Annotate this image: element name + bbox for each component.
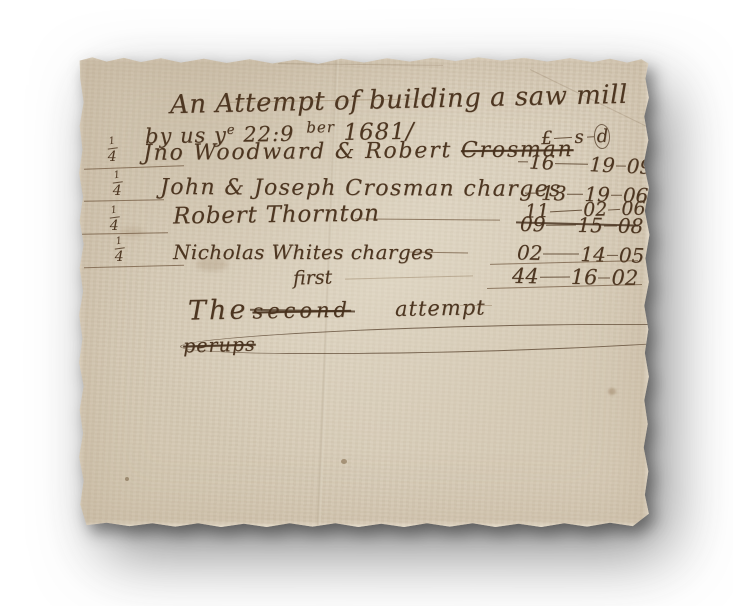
title-line: An Attempt of building a saw mill [170, 80, 628, 120]
entry-name: Nicholas Whites charges [173, 240, 434, 264]
faint-line [345, 275, 473, 279]
inserted-word: first [293, 266, 333, 289]
amount-pounds: 16 [529, 150, 555, 175]
header-dash [587, 136, 594, 137]
amount-dash [543, 253, 579, 254]
struck-amount-pounds: 09 [520, 212, 546, 236]
struck-word-below: perups [183, 321, 733, 358]
row-rule [84, 265, 184, 269]
row-rule [84, 165, 184, 169]
entry-name: Jno Woodward & Robert Crosman [143, 137, 574, 166]
share-fraction: 14 [109, 206, 119, 233]
amount-dash [607, 254, 618, 255]
shillings-symbol: s [574, 127, 584, 148]
amount-pounds: 02 [517, 240, 543, 265]
amount-dash [550, 209, 582, 212]
photo-background: An Attempt of building a saw mill by us … [0, 0, 733, 606]
amount-dash [567, 193, 583, 194]
struck-word: second [252, 298, 351, 324]
share-fraction: 14 [107, 137, 117, 164]
row-rule [84, 199, 164, 201]
total-pounds: 44 [512, 264, 539, 288]
amount-dash [598, 277, 610, 278]
share-fraction: 14 [114, 237, 124, 264]
entry-amounts: 16 19 09 [518, 149, 653, 179]
amount-pence: 09 [626, 154, 652, 179]
amount-dash [611, 194, 622, 195]
dateline-sup-ber: ber [306, 118, 335, 136]
amount-pence: 05 [619, 243, 645, 268]
amount-dash [525, 192, 539, 193]
amount-dash [540, 276, 570, 277]
amount-dash [608, 208, 620, 210]
entry-name: Robert Thornton [173, 201, 380, 230]
amount-dash [518, 161, 528, 162]
paper-stain [608, 388, 616, 395]
amount-shillings: 14 [580, 242, 606, 267]
dateline-sup-e: e [227, 123, 236, 138]
top-crease [278, 63, 443, 66]
ink-stain [341, 459, 347, 464]
amount-shillings: 19 [589, 152, 615, 177]
amount-dash [555, 163, 588, 165]
endnote-line: Thesecondattempt [188, 290, 486, 326]
paper-speck [125, 477, 129, 481]
faint-line [460, 305, 492, 306]
share-fraction: 14 [112, 171, 122, 198]
pence-symbol: d [596, 126, 608, 147]
total-pence: 02 [611, 266, 638, 290]
entry-name: John & Joseph Crosman charges [160, 175, 562, 202]
amount-dash [616, 165, 626, 166]
manuscript-paper: An Attempt of building a saw mill by us … [78, 55, 650, 528]
